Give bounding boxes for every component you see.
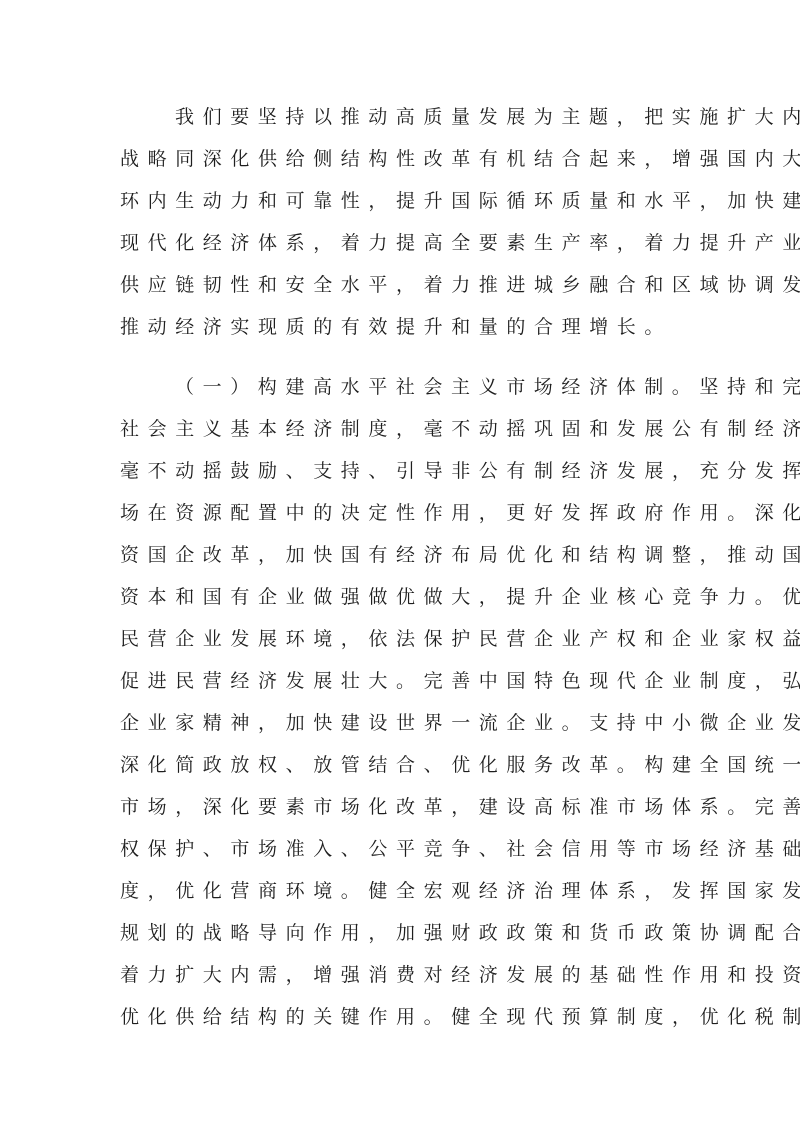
document-body: 我们要坚持以推动高质量发展为主题，把实施扩大内需 战略同深化供给侧结构性改革有机… bbox=[120, 96, 702, 1038]
text-line: 社会主义基本经济制度，毫不动摇巩固和发展公有制经济， bbox=[120, 408, 702, 450]
text-line: 现代化经济体系，着力提高全要素生产率，着力提升产业链 bbox=[120, 222, 702, 264]
text-line: 民营企业发展环境，依法保护民营企业产权和企业家权益， bbox=[120, 618, 702, 660]
text-line: 供应链韧性和安全水平，着力推进城乡融合和区域协调发展， bbox=[120, 264, 702, 306]
text-line: 度，优化营商环境。健全宏观经济治理体系，发挥国家发展 bbox=[120, 870, 702, 912]
text-line: 我们要坚持以推动高质量发展为主题，把实施扩大内需 bbox=[120, 96, 702, 138]
text-line: 毫不动摇鼓励、支持、引导非公有制经济发展，充分发挥市 bbox=[120, 450, 702, 492]
text-line: 环内生动力和可靠性，提升国际循环质量和水平，加快建设 bbox=[120, 180, 702, 222]
text-line: 优化供给结构的关键作用。健全现代预算制度，优化税制结 bbox=[120, 996, 702, 1038]
text-line: 市场，深化要素市场化改革，建设高标准市场体系。完善产 bbox=[120, 786, 702, 828]
document-page: 我们要坚持以推动高质量发展为主题，把实施扩大内需 战略同深化供给侧结构性改革有机… bbox=[0, 0, 800, 1131]
text-line: 规划的战略导向作用，加强财政政策和货币政策协调配合， bbox=[120, 912, 702, 954]
section-heading-line: （一）构建高水平社会主义市场经济体制。坚持和完善 bbox=[120, 366, 702, 408]
text-line: 推动经济实现质的有效提升和量的合理增长。 bbox=[120, 306, 702, 348]
text-line: 资本和国有企业做强做优做大，提升企业核心竞争力。优化 bbox=[120, 576, 702, 618]
text-line: 场在资源配置中的决定性作用，更好发挥政府作用。深化国 bbox=[120, 492, 702, 534]
text-line: 企业家精神，加快建设世界一流企业。支持中小微企业发展。 bbox=[120, 702, 702, 744]
paragraph-economic-development: 我们要坚持以推动高质量发展为主题，把实施扩大内需 战略同深化供给侧结构性改革有机… bbox=[120, 96, 702, 348]
text-line: 权保护、市场准入、公平竞争、社会信用等市场经济基础制 bbox=[120, 828, 702, 870]
text-line: 资国企改革，加快国有经济布局优化和结构调整，推动国有 bbox=[120, 534, 702, 576]
text-line: 着力扩大内需，增强消费对经济发展的基础性作用和投资对 bbox=[120, 954, 702, 996]
text-line: 深化简政放权、放管结合、优化服务改革。构建全国统一大 bbox=[120, 744, 702, 786]
text-line: 促进民营经济发展壮大。完善中国特色现代企业制度，弘扬 bbox=[120, 660, 702, 702]
paragraph-market-economy-system: （一）构建高水平社会主义市场经济体制。坚持和完善 社会主义基本经济制度，毫不动摇… bbox=[120, 366, 702, 1038]
text-line: 战略同深化供给侧结构性改革有机结合起来，增强国内大循 bbox=[120, 138, 702, 180]
